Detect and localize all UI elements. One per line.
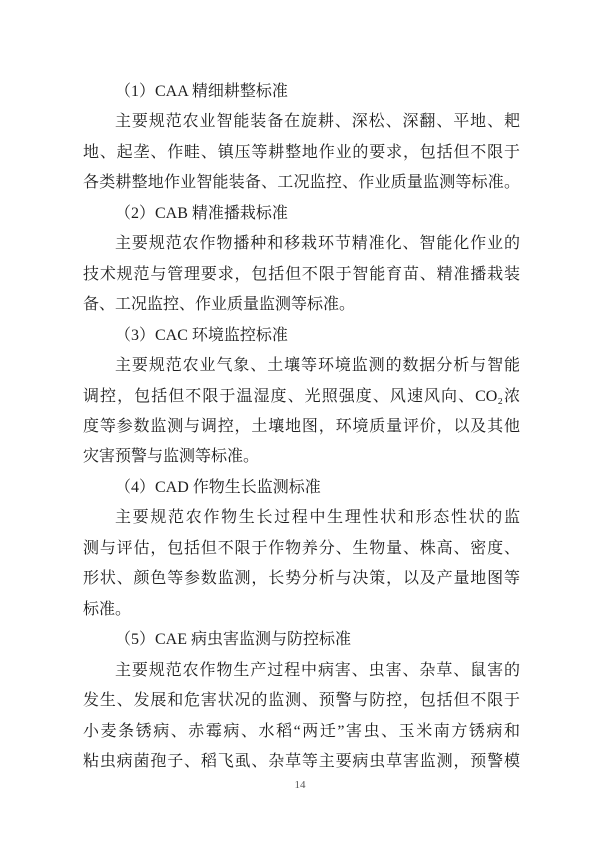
section-5-heading: （5）CAE 病虫害监测与防控标准 bbox=[83, 625, 520, 655]
section-3-line-3: 度等参数监测与调控，土壤地图，环境质量评价，以及其他 bbox=[83, 412, 520, 442]
section-3-line-4: 灾害预警与监测等标准。 bbox=[83, 442, 520, 472]
section-3-heading: （3）CAC 环境监控标准 bbox=[83, 321, 520, 351]
section-3-line-1: 主要规范农业气象、土壤等环境监测的数据分析与智能 bbox=[83, 351, 520, 381]
section-1-line-1: 主要规范农业智能装备在旋耕、深松、深翻、平地、耙 bbox=[83, 107, 520, 137]
section-5-line-4: 粘虫病菌孢子、稻飞虱、杂草等主要病虫草害监测，预警模 bbox=[83, 747, 520, 777]
section-1-line-2: 地、起垄、作畦、镇压等耕整地作业的要求，包括但不限于 bbox=[83, 138, 520, 168]
section-4-line-4: 标准。 bbox=[83, 595, 520, 625]
document-body: （1）CAA 精细耕整标准 主要规范农业智能装备在旋耕、深松、深翻、平地、耙 地… bbox=[83, 77, 520, 777]
section-4-line-2: 测与评估，包括但不限于作物养分、生物量、株高、密度、 bbox=[83, 534, 520, 564]
section-1-heading: （1）CAA 精细耕整标准 bbox=[83, 77, 520, 107]
section-4-heading: （4）CAD 作物生长监测标准 bbox=[83, 473, 520, 503]
section-2-line-3: 备、工况监控、作业质量监测等标准。 bbox=[83, 290, 520, 320]
section-2-line-2: 技术规范与管理要求，包括但不限于智能育苗、精准播栽装 bbox=[83, 260, 520, 290]
section-4-line-1: 主要规范农作物生长过程中生理性状和形态性状的监 bbox=[83, 503, 520, 533]
document-page: （1）CAA 精细耕整标准 主要规范农业智能装备在旋耕、深松、深翻、平地、耙 地… bbox=[0, 0, 600, 848]
section-5-line-2: 发生、发展和危害状况的监测、预警与防控，包括但不限于 bbox=[83, 686, 520, 716]
section-3-line-2: 调控，包括但不限于温湿度、光照强度、风速风向、CO₂浓 bbox=[83, 382, 520, 412]
section-2-heading: （2）CAB 精准播栽标准 bbox=[83, 199, 520, 229]
page-number: 14 bbox=[0, 778, 600, 792]
section-2-line-1: 主要规范农作物播种和移栽环节精准化、智能化作业的 bbox=[83, 229, 520, 259]
section-5-line-1: 主要规范农作物生产过程中病害、虫害、杂草、鼠害的 bbox=[83, 656, 520, 686]
section-5-line-3: 小麦条锈病、赤霉病、水稻“两迁”害虫、玉米南方锈病和 bbox=[83, 717, 520, 747]
section-1-line-3: 各类耕整地作业智能装备、工况监控、作业质量监测等标准。 bbox=[83, 168, 520, 198]
section-4-line-3: 形状、颜色等参数监测，长势分析与决策，以及产量地图等 bbox=[83, 564, 520, 594]
